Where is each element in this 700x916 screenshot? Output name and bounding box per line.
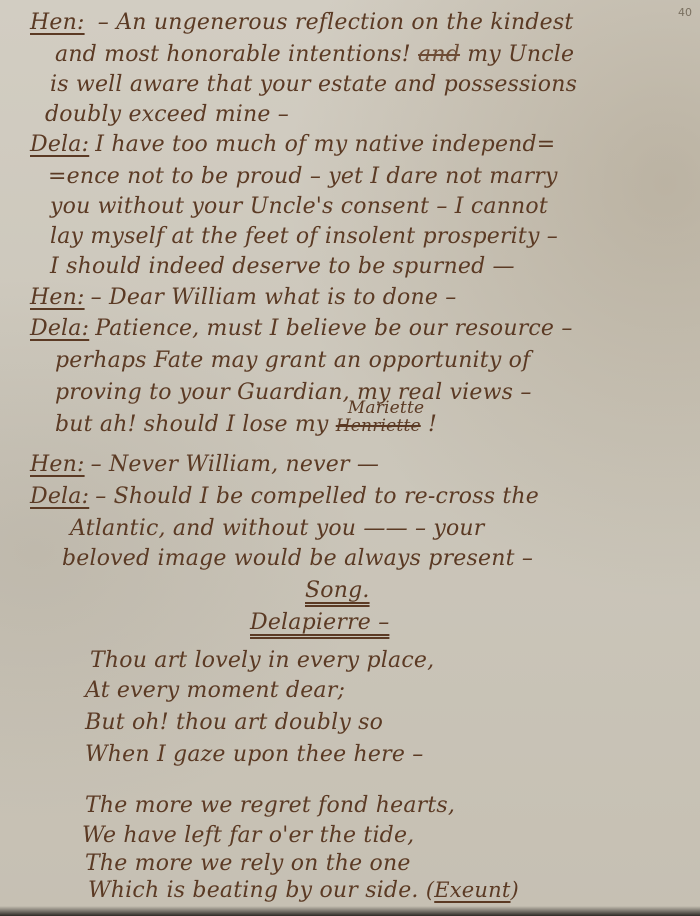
dialogue-line: perhaps Fate may grant an opportunity of [55,350,530,372]
dialogue-line: Dela:I have too much of my native indepe… [30,134,555,156]
verse-line: The more we rely on the one [85,853,411,875]
dialogue-line: Dela:Patience, must I believe be our res… [30,318,573,340]
speaker-label: Dela: [30,316,89,341]
dialogue-line: I should indeed deserve to be spurned — [50,256,515,278]
verse-line: We have left far o'er the tide, [82,825,414,847]
verse-line: At every moment dear; [85,680,345,702]
speaker-label: Dela: [30,132,89,157]
speaker-label: Hen: [30,285,85,310]
dialogue-line: Atlantic, and without you —— – your [70,518,485,540]
speaker-label: Dela: [30,484,89,509]
dialogue-line: Hen:– Never William, never — [30,454,379,476]
dialogue-line: lay myself at the feet of insolent prosp… [50,226,558,248]
verse-line: But oh! thou art doubly so [85,712,383,734]
song-singer: Delapierre – [250,612,389,634]
dialogue-line: you without your Uncle's consent – I can… [50,196,548,218]
verse-line: Which is beating by our side. (Exeunt) [88,880,519,902]
speaker-label: Hen: [30,452,85,477]
struck-name: HenrietteMariette [336,416,421,436]
speaker-label: Hen: [30,10,85,35]
stage-direction: (Exeunt) [426,878,519,902]
verse-line: Thou art lovely in every place, [90,650,434,672]
manuscript-page: 40 Hen: – An ungenerous reflection on th… [0,0,700,916]
cancelled-word: and [418,42,460,67]
inserted-name: Mariette [348,400,425,417]
verse-line: The more we regret fond hearts, [85,795,455,817]
dialogue-line: beloved image would be always present – [62,548,533,570]
dialogue-line: =ence not to be proud – yet I dare not m… [48,166,558,188]
dialogue-line: but ah! should I lose my HenrietteMariet… [55,414,437,436]
dialogue-line: is well aware that your estate and posse… [50,74,577,96]
dialogue-line: doubly exceed mine – [45,104,289,126]
song-heading: Song. [305,580,370,602]
folio-number: 40 [678,6,692,19]
dialogue-line: Hen: – An ungenerous reflection on the k… [30,12,573,34]
dialogue-line: Hen:– Dear William what is to done – [30,287,456,309]
dialogue-line: proving to your Guardian, my real views … [55,382,532,404]
dialogue-line: Dela:– Should I be compelled to re-cross… [30,486,539,508]
verse-line: When I gaze upon thee here – [85,744,423,766]
dialogue-line: and most honorable intentions! and my Un… [55,44,574,66]
